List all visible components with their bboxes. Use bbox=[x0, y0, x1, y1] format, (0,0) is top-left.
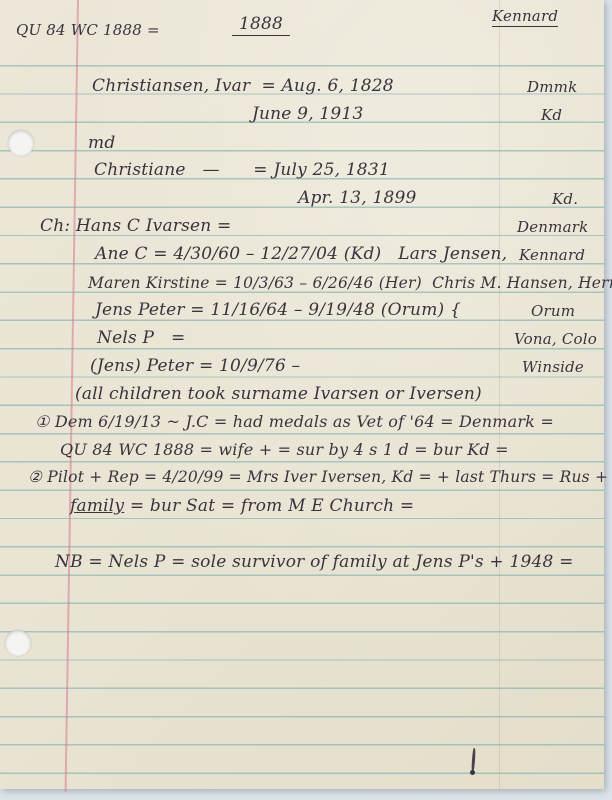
margin-note: Vona, Colo bbox=[514, 330, 597, 348]
note-line: NB = Nels P = sole survivor of family at… bbox=[55, 552, 574, 572]
header-surname: Kennard bbox=[492, 7, 558, 27]
note-line-rest: = bur Sat = from M E Church = bbox=[124, 496, 414, 516]
margin-note: Dmmk bbox=[527, 78, 577, 96]
margin-note: Kennard bbox=[519, 246, 585, 264]
note-line: (Jens) Peter = 10/9/76 – bbox=[90, 356, 300, 376]
note-line: June 9, 1913 bbox=[252, 104, 363, 124]
note-line: Ane C = 4/30/60 – 12/27/04 (Kd) Lars Jen… bbox=[95, 244, 507, 264]
note-line: Apr. 13, 1899 bbox=[298, 188, 417, 208]
paper-crease bbox=[499, 0, 500, 789]
margin-note: Denmark bbox=[517, 218, 588, 236]
margin-note: Kd. bbox=[552, 190, 578, 208]
note-line: md bbox=[88, 133, 115, 153]
hole-punch-top bbox=[8, 130, 34, 156]
margin-note: Kd bbox=[541, 106, 562, 124]
note-line: (all children took surname Ivarsen or Iv… bbox=[75, 384, 482, 404]
note-line: ② Pilot + Rep = 4/20/99 = Mrs Iver Ivers… bbox=[28, 468, 608, 486]
note-line: Nels P = bbox=[97, 328, 185, 348]
paper: QU 84 WC 1888 = 1888 Kennard Christianse… bbox=[0, 0, 604, 789]
note-line: family = bur Sat = from M E Church = bbox=[70, 496, 414, 516]
margin-note: Winside bbox=[522, 358, 584, 376]
header-year: 1888 bbox=[232, 14, 290, 36]
note-line: Ch: Hans C Ivarsen = bbox=[40, 216, 232, 236]
scan-background: { "document_type": "handwritten genealog… bbox=[0, 0, 612, 800]
header-citation: QU 84 WC 1888 = bbox=[16, 21, 160, 39]
margin-note: Orum bbox=[531, 302, 575, 320]
note-line: Jens Peter = 11/16/64 – 9/19/48 (Orum) { bbox=[95, 300, 461, 320]
stray-pen-dot bbox=[470, 770, 475, 775]
underlined-word: family bbox=[70, 496, 124, 516]
hole-punch-bottom bbox=[5, 630, 31, 656]
note-line: ① Dem 6/19/13 ~ J.C = had medals as Vet … bbox=[35, 412, 554, 431]
note-line: Christiansen, Ivar = Aug. 6, 1828 bbox=[92, 76, 394, 96]
note-line: Christiane — = July 25, 1831 bbox=[94, 160, 390, 180]
note-line: QU 84 WC 1888 = wife + = sur by 4 s 1 d … bbox=[60, 440, 509, 459]
note-line: Maren Kirstine = 10/3/63 – 6/26/46 (Her)… bbox=[88, 274, 612, 292]
